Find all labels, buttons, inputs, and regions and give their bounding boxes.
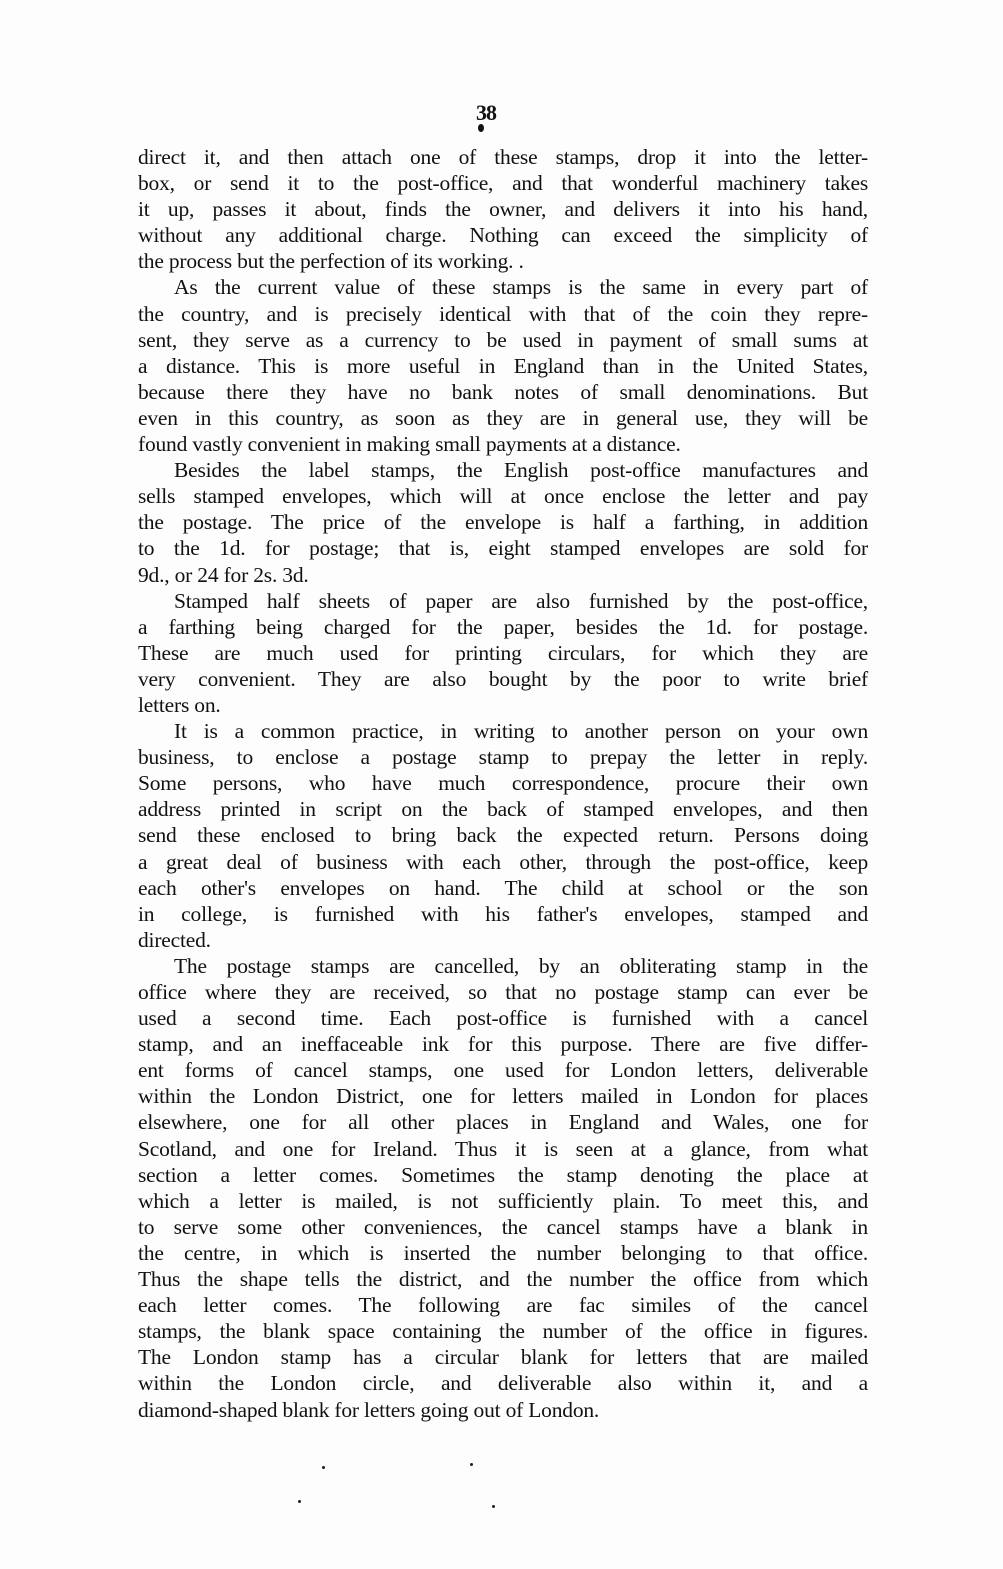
page-number: 38 [476, 100, 496, 126]
text-line: diamond-shaped blank for letters going o… [138, 1397, 868, 1423]
paragraph: direct it, and then attach one of these … [138, 144, 868, 274]
text-line: As the current value of these stamps is … [138, 274, 868, 300]
text-line: box, or send it to the post-office, and … [138, 170, 868, 196]
ink-speck [322, 1466, 325, 1469]
ink-speck [478, 124, 484, 132]
text-line: address printed in script on the back of… [138, 796, 868, 822]
text-line: each letter comes. The following are fac… [138, 1292, 868, 1318]
ink-speck [298, 1500, 301, 1503]
text-line: it up, passes it about, finds the owner,… [138, 196, 868, 222]
text-line: which a letter is mailed, is not suffici… [138, 1188, 868, 1214]
text-line: within the London District, one for lett… [138, 1083, 868, 1109]
ink-speck [470, 1463, 473, 1466]
text-line: a farthing being charged for the paper, … [138, 614, 868, 640]
text-line: The London stamp has a circular blank fo… [138, 1344, 868, 1370]
text-line: in college, is furnished with his father… [138, 901, 868, 927]
text-line: stamps, the blank space containing the n… [138, 1318, 868, 1344]
text-line: Thus the shape tells the district, and t… [138, 1266, 868, 1292]
text-line: It is a common practice, in writing to a… [138, 718, 868, 744]
text-line: direct it, and then attach one of these … [138, 144, 868, 170]
text-line: sent, they serve as a currency to be use… [138, 327, 868, 353]
text-line: elsewhere, one for all other places in E… [138, 1109, 868, 1135]
text-line: These are much used for printing circula… [138, 640, 868, 666]
text-line: Some persons, who have much corresponden… [138, 770, 868, 796]
text-line: business, to enclose a postage stamp to … [138, 744, 868, 770]
text-line: to the 1d. for postage; that is, eight s… [138, 535, 868, 561]
ink-speck [492, 1505, 495, 1508]
text-line: a distance. This is more useful in Engla… [138, 353, 868, 379]
text-line: the process but the perfection of its wo… [138, 248, 868, 274]
text-line: used a second time. Each post-office is … [138, 1005, 868, 1031]
scanned-book-page: 38 direct it, and then attach one of the… [0, 0, 1003, 1569]
text-line: to serve some other conveniences, the ca… [138, 1214, 868, 1240]
text-line: the centre, in which is inserted the num… [138, 1240, 868, 1266]
text-line: office where they are received, so that … [138, 979, 868, 1005]
text-line: 9d., or 24 for 2s. 3d. [138, 562, 868, 588]
text-line: stamp, and an ineffaceable ink for this … [138, 1031, 868, 1057]
text-line: Besides the label stamps, the English po… [138, 457, 868, 483]
text-line: ent forms of cancel stamps, one used for… [138, 1057, 868, 1083]
text-line: letters on. [138, 692, 868, 718]
text-line: Scotland, and one for Ireland. Thus it i… [138, 1136, 868, 1162]
text-line: each other's envelopes on hand. The chil… [138, 875, 868, 901]
text-line: the postage. The price of the envelope i… [138, 509, 868, 535]
text-line: section a letter comes. Sometimes the st… [138, 1162, 868, 1188]
text-line: The postage stamps are cancelled, by an … [138, 953, 868, 979]
text-line: the country, and is precisely identical … [138, 301, 868, 327]
paragraph: It is a common practice, in writing to a… [138, 718, 868, 953]
paragraph: Stamped half sheets of paper are also fu… [138, 588, 868, 718]
text-line: very convenient. They are also bought by… [138, 666, 868, 692]
text-line: send these enclosed to bring back the ex… [138, 822, 868, 848]
text-line: Stamped half sheets of paper are also fu… [138, 588, 868, 614]
text-line: a great deal of business with each other… [138, 849, 868, 875]
paragraph: As the current value of these stamps is … [138, 274, 868, 457]
paragraph: The postage stamps are cancelled, by an … [138, 953, 868, 1423]
text-line: found vastly convenient in making small … [138, 431, 868, 457]
body-text: direct it, and then attach one of these … [138, 144, 868, 1423]
text-line: without any additional charge. Nothing c… [138, 222, 868, 248]
paragraph: Besides the label stamps, the English po… [138, 457, 868, 587]
text-line: because there they have no bank notes of… [138, 379, 868, 405]
text-line: directed. [138, 927, 868, 953]
text-line: sells stamped envelopes, which will at o… [138, 483, 868, 509]
text-line: even in this country, as soon as they ar… [138, 405, 868, 431]
text-line: within the London circle, and deliverabl… [138, 1370, 868, 1396]
